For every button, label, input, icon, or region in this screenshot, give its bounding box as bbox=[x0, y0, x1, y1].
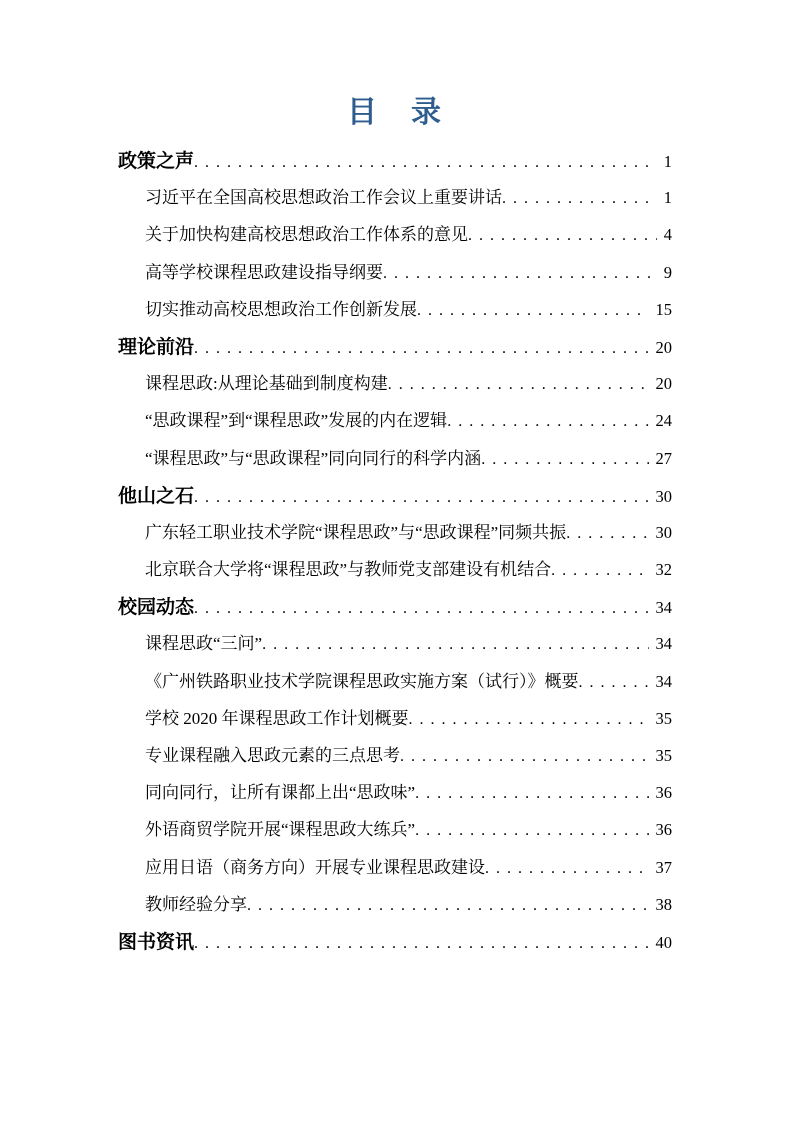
toc-entry-section[interactable]: 图书资讯 40 bbox=[118, 927, 672, 964]
toc-entry-section[interactable]: 他山之石 30 bbox=[118, 481, 672, 518]
toc-entry-page: 32 bbox=[649, 560, 673, 580]
toc-entry-section[interactable]: 理论前沿 20 bbox=[118, 332, 672, 369]
toc-entry-page: 27 bbox=[649, 449, 673, 469]
toc-entry-page: 24 bbox=[649, 411, 673, 431]
page-title: 目 录 bbox=[118, 0, 672, 131]
toc-entry-page: 36 bbox=[649, 820, 673, 840]
toc-entry[interactable]: 高等学校课程思政建设指导纲要 9 bbox=[118, 258, 672, 295]
dot-leader bbox=[566, 525, 648, 543]
toc-entry-label: 北京联合大学将“课程思政”与教师党支部建设有机结合 bbox=[145, 555, 551, 580]
toc-entry[interactable]: 广东轻工职业技术学院“课程思政”与“思政课程”同频共振 30 bbox=[118, 518, 672, 555]
toc-entry-label: 校园动态 bbox=[118, 592, 194, 619]
dot-leader bbox=[388, 376, 649, 394]
toc-entry[interactable]: 《广州铁路职业技术学院课程思政实施方案（试行）》概要 34 bbox=[118, 667, 672, 704]
toc-entry-section[interactable]: 政策之声 1 bbox=[118, 146, 672, 183]
dot-leader bbox=[194, 489, 648, 507]
toc-entry-page: 35 bbox=[649, 746, 673, 766]
table-of-contents: 政策之声 1 习近平在全国高校思想政治工作会议上重要讲话 1 关于加快构建高校思… bbox=[118, 146, 672, 964]
toc-entry-label: 同向同行，让所有课都上出“思政味” bbox=[145, 778, 415, 803]
toc-entry[interactable]: 切实推动高校思想政治工作创新发展 15 bbox=[118, 295, 672, 332]
toc-entry[interactable]: 教师经验分享 38 bbox=[118, 890, 672, 927]
toc-entry-page: 20 bbox=[649, 338, 673, 358]
dot-leader bbox=[417, 302, 649, 320]
toc-entry-label: 外语商贸学院开展“课程思政大练兵” bbox=[145, 815, 415, 840]
toc-entry-page: 35 bbox=[649, 709, 673, 729]
toc-entry-label: 广东轻工职业技术学院“课程思政”与“思政课程”同频共振 bbox=[145, 518, 566, 543]
toc-entry[interactable]: 外语商贸学院开展“课程思政大练兵” 36 bbox=[118, 815, 672, 852]
toc-entry[interactable]: 关于加快构建高校思想政治工作体系的意见 4 bbox=[118, 220, 672, 257]
dot-leader bbox=[194, 935, 648, 953]
dot-leader bbox=[502, 190, 657, 208]
dot-leader bbox=[194, 600, 648, 618]
toc-entry-page: 30 bbox=[649, 487, 673, 507]
toc-entry-label: 关于加快构建高校思想政治工作体系的意见 bbox=[145, 220, 468, 245]
toc-entry-label: “思政课程”到“课程思政”发展的内在逻辑 bbox=[145, 406, 447, 431]
toc-entry-label: 《广州铁路职业技术学院课程思政实施方案（试行）》概要 bbox=[145, 667, 579, 692]
toc-entry[interactable]: “思政课程”到“课程思政”发展的内在逻辑 24 bbox=[118, 406, 672, 443]
toc-entry-label: 习近平在全国高校思想政治工作会议上重要讲话 bbox=[145, 183, 502, 208]
toc-entry-page: 34 bbox=[649, 672, 673, 692]
toc-entry-label: 应用日语（商务方向）开展专业课程思政建设 bbox=[145, 853, 485, 878]
toc-entry[interactable]: 学校 2020 年课程思政工作计划概要 35 bbox=[118, 704, 672, 741]
dot-leader bbox=[262, 636, 648, 654]
dot-leader bbox=[468, 227, 657, 245]
toc-entry-page: 34 bbox=[649, 598, 673, 618]
dot-leader bbox=[415, 822, 648, 840]
toc-entry[interactable]: 应用日语（商务方向）开展专业课程思政建设 37 bbox=[118, 853, 672, 890]
toc-entry-page: 30 bbox=[649, 523, 673, 543]
toc-entry-page: 15 bbox=[649, 300, 673, 320]
document-page: 目 录 政策之声 1 习近平在全国高校思想政治工作会议上重要讲话 1 关于加快构… bbox=[0, 0, 794, 1123]
toc-entry-label: 切实推动高校思想政治工作创新发展 bbox=[145, 295, 417, 320]
dot-leader bbox=[447, 413, 648, 431]
dot-leader bbox=[400, 748, 649, 766]
dot-leader bbox=[481, 451, 648, 469]
toc-entry[interactable]: “课程思政”与“思政课程”同向同行的科学内涵 27 bbox=[118, 444, 672, 481]
toc-entry-page: 38 bbox=[649, 895, 673, 915]
toc-entry-label: “课程思政”与“思政课程”同向同行的科学内涵 bbox=[145, 444, 481, 469]
dot-leader bbox=[194, 340, 648, 358]
toc-entry-page: 40 bbox=[649, 933, 673, 953]
toc-entry[interactable]: 同向同行，让所有课都上出“思政味” 36 bbox=[118, 778, 672, 815]
toc-entry-label: 图书资讯 bbox=[118, 927, 194, 954]
dot-leader bbox=[383, 265, 657, 283]
toc-entry-page: 37 bbox=[649, 858, 673, 878]
toc-entry-label: 教师经验分享 bbox=[145, 890, 247, 915]
toc-entry-label: 高等学校课程思政建设指导纲要 bbox=[145, 258, 383, 283]
dot-leader bbox=[409, 711, 649, 729]
toc-entry-label: 政策之声 bbox=[118, 146, 194, 173]
toc-entry[interactable]: 专业课程融入思政元素的三点思考 35 bbox=[118, 741, 672, 778]
toc-entry-label: 课程思政:从理论基础到制度构建 bbox=[145, 369, 388, 394]
dot-leader bbox=[415, 785, 648, 803]
toc-entry-page: 1 bbox=[657, 152, 672, 172]
dot-leader bbox=[247, 897, 649, 915]
toc-entry[interactable]: 习近平在全国高校思想政治工作会议上重要讲话 1 bbox=[118, 183, 672, 220]
toc-entry-page: 9 bbox=[657, 263, 672, 283]
toc-entry-label: 他山之石 bbox=[118, 481, 194, 508]
dot-leader bbox=[194, 154, 657, 172]
toc-entry-page: 4 bbox=[657, 225, 672, 245]
toc-entry-page: 1 bbox=[657, 188, 672, 208]
dot-leader bbox=[579, 674, 649, 692]
toc-entry-section[interactable]: 校园动态 34 bbox=[118, 592, 672, 629]
toc-entry-page: 20 bbox=[649, 374, 673, 394]
toc-entry-label: 理论前沿 bbox=[118, 332, 194, 359]
toc-entry-page: 34 bbox=[649, 634, 673, 654]
dot-leader bbox=[551, 562, 648, 580]
toc-entry[interactable]: 课程思政:从理论基础到制度构建 20 bbox=[118, 369, 672, 406]
toc-entry[interactable]: 课程思政“三问” 34 bbox=[118, 629, 672, 666]
toc-entry-label: 课程思政“三问” bbox=[145, 629, 262, 654]
toc-entry-page: 36 bbox=[649, 783, 673, 803]
toc-entry[interactable]: 北京联合大学将“课程思政”与教师党支部建设有机结合 32 bbox=[118, 555, 672, 592]
toc-entry-label: 专业课程融入思政元素的三点思考 bbox=[145, 741, 400, 766]
toc-entry-label: 学校 2020 年课程思政工作计划概要 bbox=[145, 704, 409, 729]
dot-leader bbox=[485, 860, 649, 878]
